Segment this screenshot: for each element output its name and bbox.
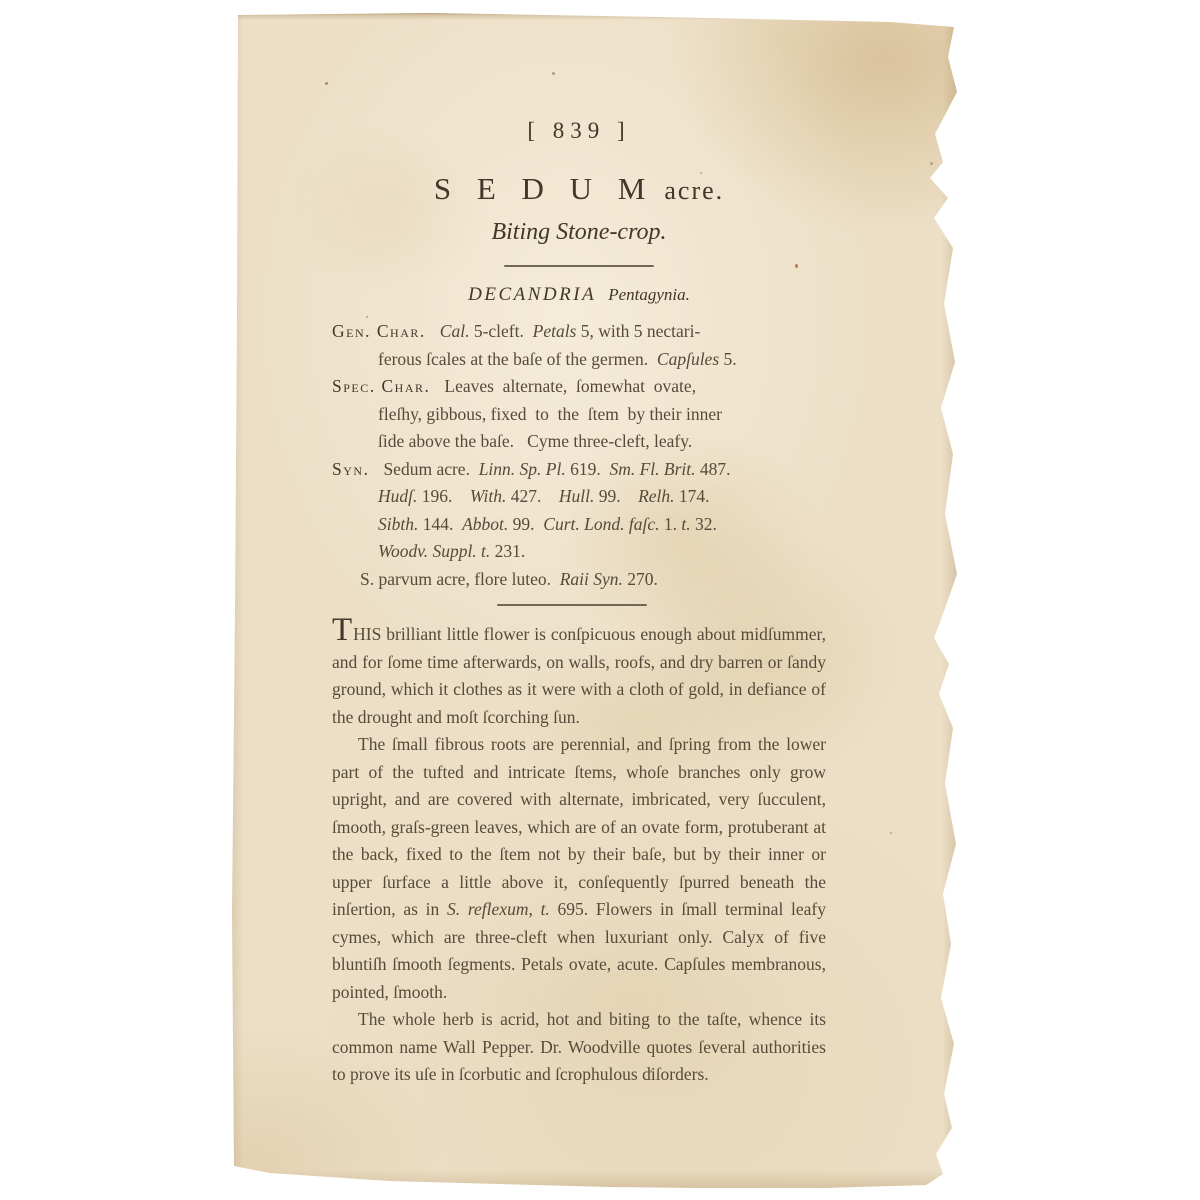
taxonomy-line: DECANDRIAPentagynia. — [332, 283, 826, 308]
page-title: S E D U Macre. — [332, 170, 826, 209]
taxonomy-order: Pentagynia. — [608, 285, 690, 304]
entry-synonym: S. parvum acre, flore luteo. Raii Syn. 2… — [332, 566, 826, 594]
foxing-spot — [552, 72, 555, 75]
paragraph-text: The whole herb is acrid, hot and biting … — [332, 1009, 826, 1084]
foxing-spot — [890, 832, 892, 834]
title-species: acre. — [664, 176, 724, 205]
taxonomy-class: DECANDRIA — [468, 284, 596, 305]
page-scan: [ 839 ] S E D U Macre. Biting Stone-crop… — [230, 12, 958, 1188]
divider-rule-mid — [497, 604, 647, 606]
divider-rule-top — [504, 265, 654, 267]
page-number: [ 839 ] — [332, 116, 826, 146]
entry-text: Sedum acre. Linn. Sp. Pl. 619. Sm. Fl. B… — [378, 459, 731, 562]
foxing-spot — [325, 82, 328, 85]
document-content: [ 839 ] S E D U Macre. Biting Stone-crop… — [332, 116, 826, 1089]
entry-label: Spec. Char. — [332, 376, 430, 396]
title-genus: S E D U M — [434, 171, 655, 206]
paragraph-text: HIS brilliant little flower is conſpicuo… — [332, 624, 826, 727]
paragraph-text: The ſmall fibrous roots are perennial, a… — [332, 734, 826, 1002]
paragraph-2: The ſmall fibrous roots are perennial, a… — [332, 731, 826, 1006]
drop-initial: T — [332, 612, 352, 648]
entry-label: Gen. Char. — [332, 321, 426, 341]
entry-gen-char: Gen. Char.Cal. 5-cleft. Petals 5, with 5… — [332, 318, 826, 373]
paragraph-1: THIS brilliant little flower is conſpicu… — [332, 621, 826, 731]
entry-text: S. parvum acre, flore luteo. Raii Syn. 2… — [360, 569, 658, 589]
common-name: Biting Stone-crop. — [332, 217, 826, 247]
foxing-spot — [930, 162, 933, 165]
entry-label: Syn. — [332, 459, 369, 479]
entries-section: Gen. Char.Cal. 5-cleft. Petals 5, with 5… — [332, 318, 826, 593]
entry-spec-char: Spec. Char.Leaves alternate, ſomewhat ov… — [332, 373, 826, 456]
entry-text: Cal. 5-cleft. Petals 5, with 5 nectari-f… — [378, 321, 737, 369]
paragraph-3: The whole herb is acrid, hot and biting … — [332, 1006, 826, 1089]
entry-syn: Syn.Sedum acre. Linn. Sp. Pl. 619. Sm. F… — [332, 456, 826, 566]
